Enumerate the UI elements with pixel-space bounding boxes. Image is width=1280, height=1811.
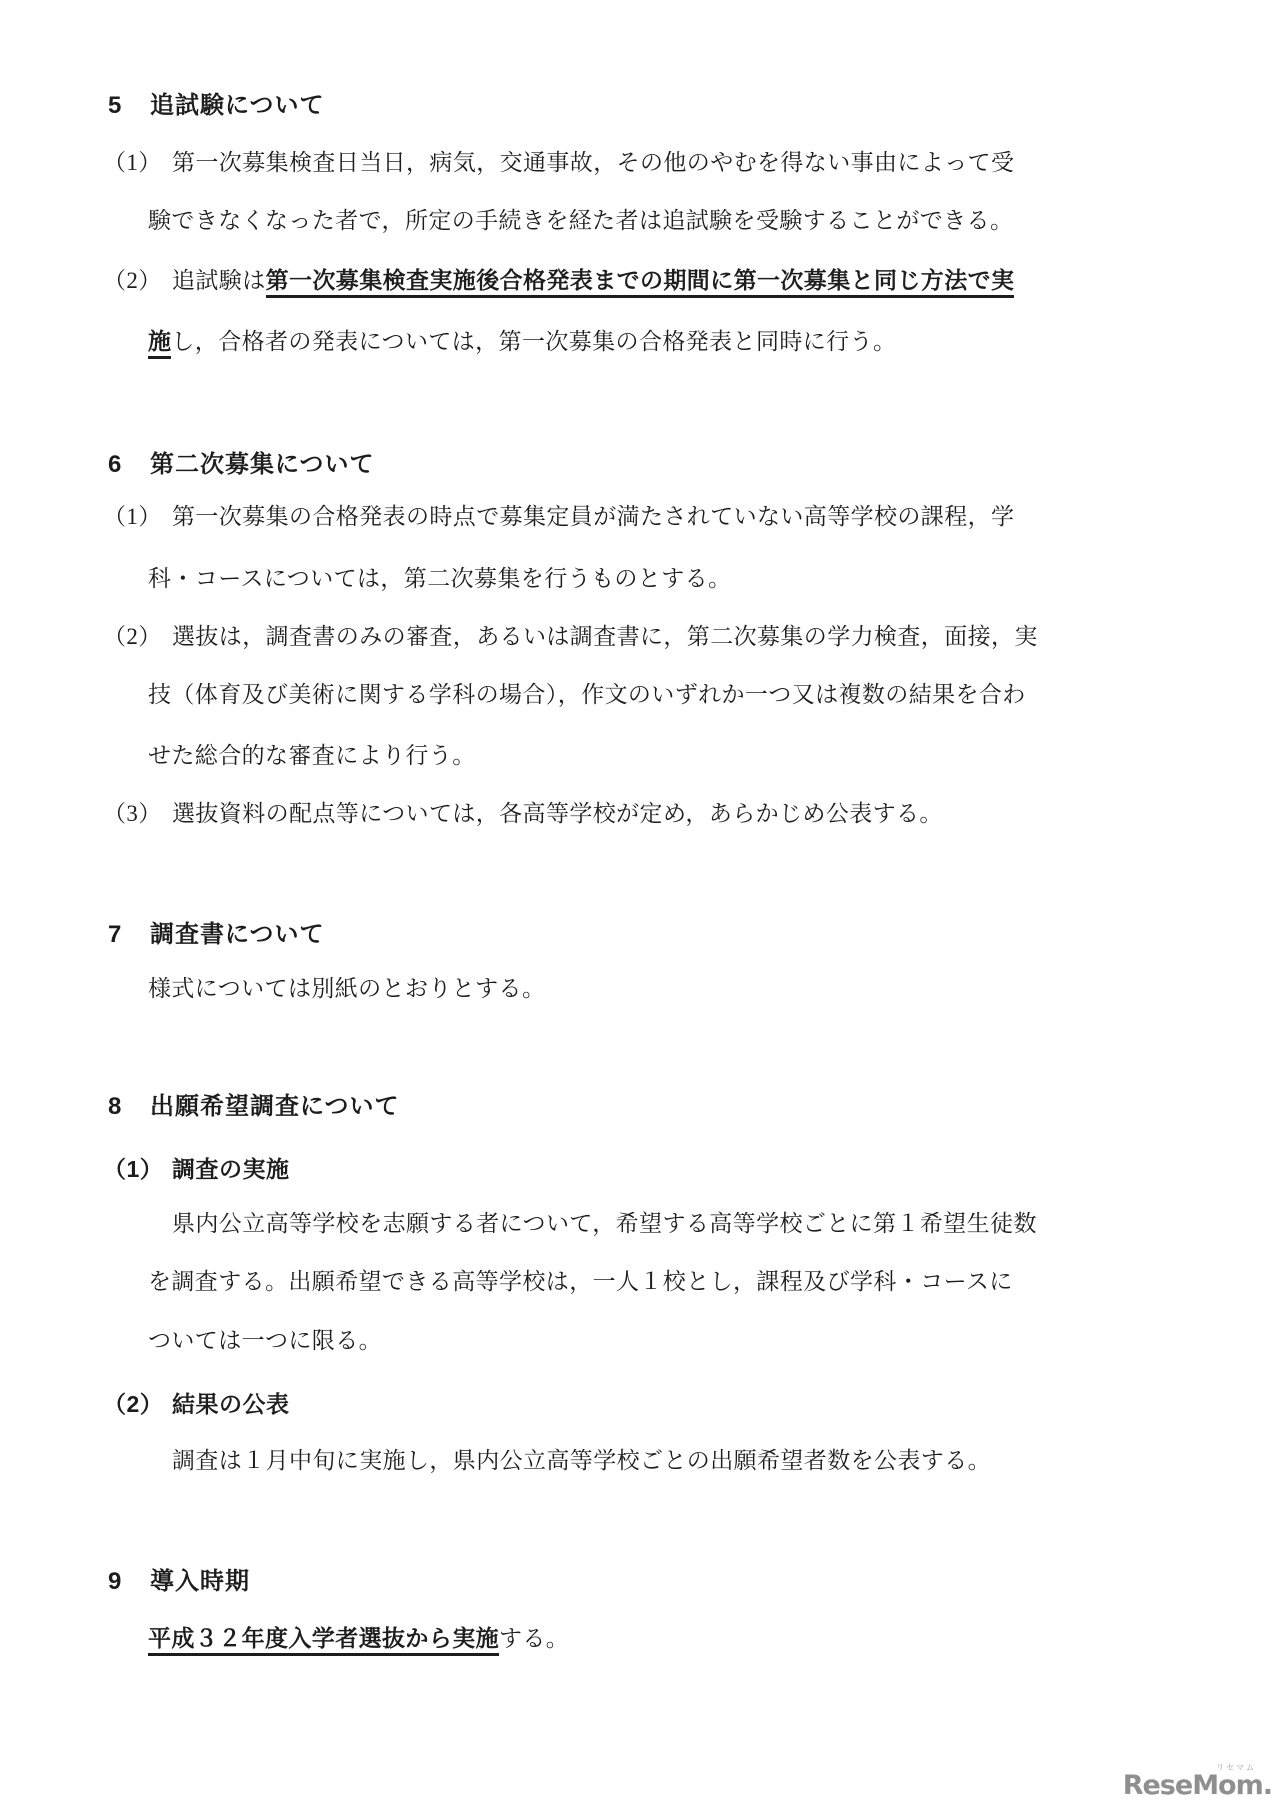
- line-text: する。: [499, 1626, 569, 1651]
- section-9-heading: 9導入時期: [108, 1561, 250, 1596]
- underlined-text: 施: [148, 328, 171, 359]
- section-8-heading: 8出願希望調査について: [108, 1086, 400, 1121]
- line-text: 科・コースについては，第二次募集を行うものとする。: [148, 566, 731, 591]
- subsection-title: 結果の公表: [172, 1391, 290, 1417]
- item-marker: （2）: [103, 266, 172, 296]
- paragraph-line: ついては一つに限る。: [148, 1326, 382, 1356]
- paragraph-line: （3）選抜資料の配点等については，各高等学校が定め，あらかじめ公表する。: [103, 799, 943, 829]
- item-marker: （2）: [103, 1386, 172, 1419]
- document-page: 5追試験について （1）第一次募集検査日当日，病気，交通事故，その他のやむを得な…: [0, 0, 1280, 1811]
- paragraph-line: を調査する。出願希望できる高等学校は，一人１校とし，課程及び学科・コースに: [148, 1267, 1013, 1297]
- section-title: 出願希望調査について: [150, 1093, 400, 1120]
- section-5-heading: 5追試験について: [108, 85, 325, 120]
- line-text: を調査する。出願希望できる高等学校は，一人１校とし，課程及び学科・コースに: [148, 1269, 1013, 1294]
- underlined-text: 平成３２年度入学者選抜から実施: [148, 1625, 499, 1656]
- line-text: 験できなくなった者で，所定の手続きを経た者は追試験を受験することができる。: [148, 208, 1013, 233]
- line-text: 選抜は，調査書のみの審査，あるいは調査書に，第二次募集の学力検査，面接，実: [172, 624, 1038, 649]
- section-7-heading: 7調査書について: [108, 914, 325, 949]
- subsection-title: 調査の実施: [172, 1156, 290, 1182]
- resemom-logo: リセマム ReseMom.: [1123, 1762, 1272, 1801]
- line-text: 調査は１月中旬に実施し，県内公立高等学校ごとの出願希望者数を公表する。: [172, 1448, 991, 1473]
- section-title: 調査書について: [150, 921, 325, 948]
- item-marker: （3）: [103, 799, 172, 829]
- line-text: 追試験は: [172, 268, 266, 293]
- paragraph-line: （1）第一次募集検査日当日，病気，交通事故，その他のやむを得ない事由によって受: [103, 148, 1014, 178]
- item-marker: （2）: [103, 622, 172, 652]
- section-number: 6: [108, 451, 150, 479]
- item-marker: （1）: [103, 502, 172, 532]
- paragraph-line: 平成３２年度入学者選抜から実施する。: [148, 1624, 569, 1654]
- section-title: 追試験について: [150, 92, 325, 119]
- paragraph-line: 様式については別紙のとおりとする。: [148, 974, 545, 1004]
- paragraph-line: 験できなくなった者で，所定の手続きを経た者は追試験を受験することができる。: [148, 206, 1013, 236]
- section-number: 7: [108, 921, 150, 949]
- paragraph-line: せた総合的な審査により行う。: [148, 741, 476, 771]
- paragraph-line: （1）第一次募集の合格発表の時点で募集定員が満たされていない高等学校の課程，学: [103, 502, 1014, 532]
- paragraph-line: 科・コースについては，第二次募集を行うものとする。: [148, 564, 731, 594]
- line-text: 様式については別紙のとおりとする。: [148, 976, 545, 1001]
- paragraph-line: 技（体育及び美術に関する学科の場合），作文のいずれか一つ又は複数の結果を合わ: [148, 680, 1026, 710]
- section-number: 9: [108, 1568, 150, 1596]
- paragraph-line: 施し，合格者の発表については，第一次募集の合格発表と同時に行う。: [148, 327, 896, 357]
- line-text: 技（体育及び美術に関する学科の場合），作文のいずれか一つ又は複数の結果を合わ: [148, 682, 1026, 707]
- underlined-text: 第一次募集検査実施後合格発表までの期間に第一次募集と同じ方法で実: [266, 267, 1015, 298]
- paragraph-line: （2）選抜は，調査書のみの審査，あるいは調査書に，第二次募集の学力検査，面接，実: [103, 622, 1038, 652]
- line-text: 県内公立高等学校を志願する者について，希望する高等学校ごとに第１希望生徒数: [172, 1211, 1037, 1236]
- subsection-heading: （1）調査の実施: [103, 1151, 290, 1184]
- section-title: 第二次募集について: [150, 451, 375, 478]
- item-marker: （1）: [103, 1151, 172, 1184]
- line-text: 第一次募集の合格発表の時点で募集定員が満たされていない高等学校の課程，学: [172, 504, 1014, 529]
- line-text: せた総合的な審査により行う。: [148, 743, 476, 768]
- line-text: 第一次募集検査日当日，病気，交通事故，その他のやむを得ない事由によって受: [172, 150, 1014, 175]
- line-text: し，合格者の発表については，第一次募集の合格発表と同時に行う。: [171, 329, 896, 354]
- paragraph-line: （2）追試験は第一次募集検査実施後合格発表までの期間に第一次募集と同じ方法で実: [103, 266, 1014, 296]
- paragraph-line: 県内公立高等学校を志願する者について，希望する高等学校ごとに第１希望生徒数: [172, 1209, 1037, 1239]
- line-text: ついては一つに限る。: [148, 1328, 382, 1353]
- section-6-heading: 6第二次募集について: [108, 444, 375, 479]
- section-title: 導入時期: [150, 1568, 250, 1595]
- section-number: 8: [108, 1093, 150, 1121]
- item-marker: （1）: [103, 148, 172, 178]
- logo-wordmark: ReseMom.: [1123, 1770, 1272, 1801]
- subsection-heading: （2）結果の公表: [103, 1386, 290, 1419]
- paragraph-line: 調査は１月中旬に実施し，県内公立高等学校ごとの出願希望者数を公表する。: [172, 1446, 991, 1476]
- line-text: 選抜資料の配点等については，各高等学校が定め，あらかじめ公表する。: [172, 801, 943, 826]
- section-number: 5: [108, 92, 150, 120]
